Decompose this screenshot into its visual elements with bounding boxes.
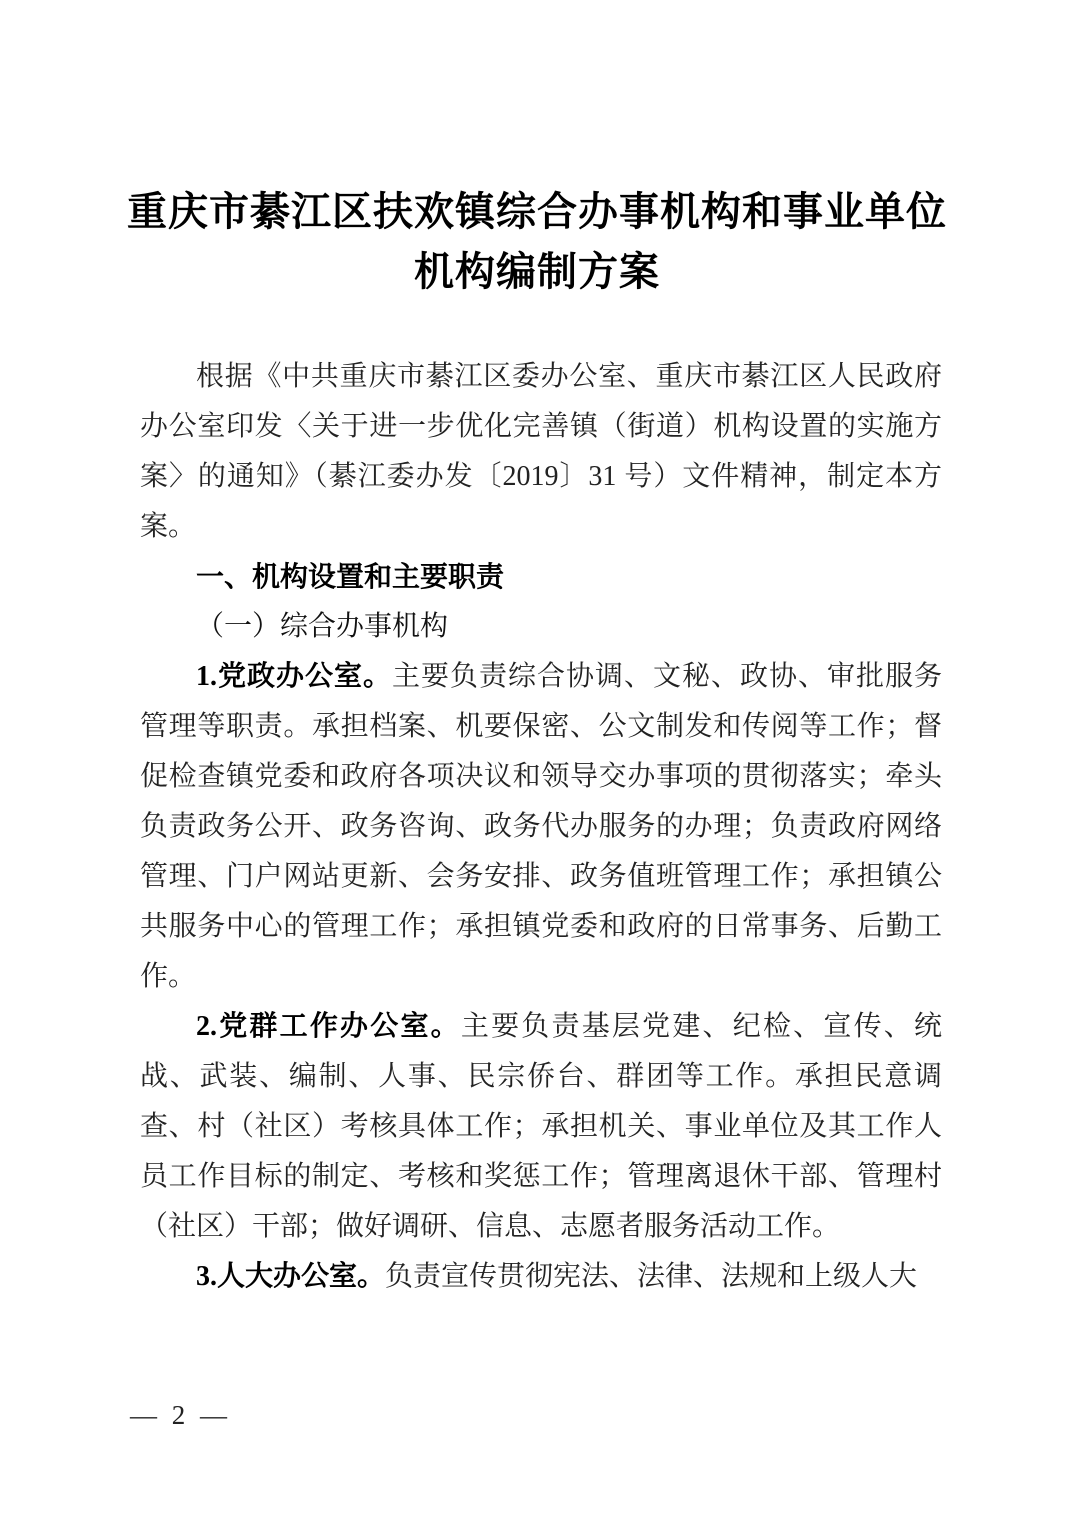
intro-paragraph: 根据《中共重庆市綦江区委办公室、重庆市綦江区人民政府办公室印发〈关于进一步优化完… [140,352,942,552]
subsection-heading-1: （一）综合办事机构 [140,602,942,652]
item-lead-1: 1.党政办公室。 [196,661,392,692]
item-paragraph-2: 2.党群工作办公室。主要负责基层党建、纪检、宣传、统战、武装、编制、人事、民宗侨… [140,1002,942,1252]
item-lead-3: 3.人大办公室。 [196,1261,385,1292]
document-title-line1: 重庆市綦江区扶欢镇综合办事机构和事业单位 [60,182,1014,242]
item-lead-2: 2.党群工作办公室。 [196,1011,461,1042]
item-paragraph-3: 3.人大办公室。负责宣传贯彻宪法、法律、法规和上级人大 [140,1252,942,1302]
document-page: 重庆市綦江区扶欢镇综合办事机构和事业单位 机构编制方案 根据《中共重庆市綦江区委… [0,0,1074,1520]
document-title-line2: 机构编制方案 [60,242,1014,302]
document-title: 重庆市綦江区扶欢镇综合办事机构和事业单位 机构编制方案 [60,182,1014,302]
item-body-2: 主要负责基层党建、纪检、宣传、统战、武装、编制、人事、民宗侨台、群团等工作。承担… [140,1011,942,1242]
item-body-3: 负责宣传贯彻宪法、法律、法规和上级人大 [385,1261,917,1292]
page-number: — 2 — [130,1400,231,1431]
section-heading-1: 一、机构设置和主要职责 [140,552,942,602]
item-paragraph-1: 1.党政办公室。主要负责综合协调、文秘、政协、审批服务管理等职责。承担档案、机要… [140,652,942,1002]
document-body: 根据《中共重庆市綦江区委办公室、重庆市綦江区人民政府办公室印发〈关于进一步优化完… [140,352,942,1302]
item-body-1: 主要负责综合协调、文秘、政协、审批服务管理等职责。承担档案、机要保密、公文制发和… [140,661,942,992]
